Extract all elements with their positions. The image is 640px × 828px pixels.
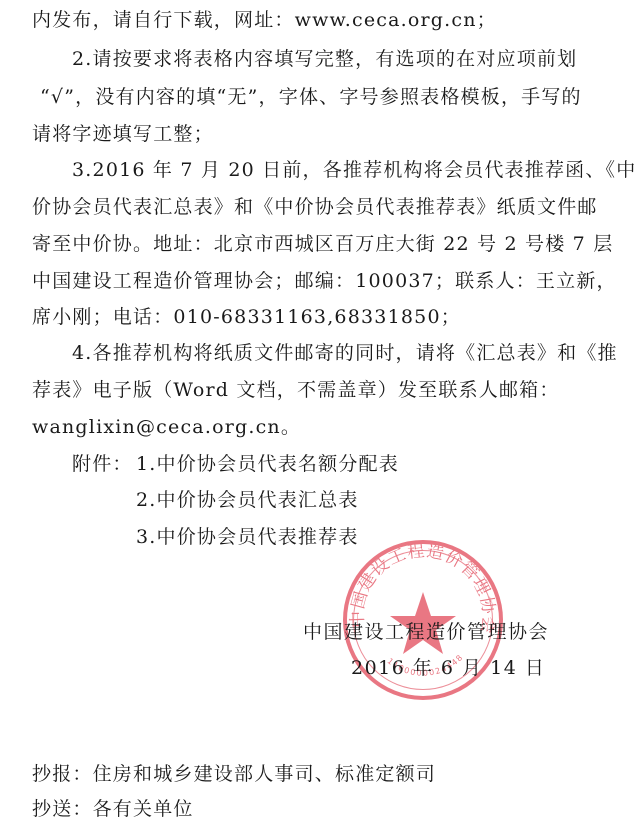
paragraph-line: 3.2016 年 7 月 20 日前，各推荐机构将会员代表推荐函、《中 (72, 158, 636, 182)
email-link: wanglixin@ceca.org.cn。 (32, 415, 301, 439)
paragraph-line: 寄至中价协。地址：北京市西城区百万庄大街 22 号 2 号楼 7 层 (32, 232, 613, 256)
signature-date: 2016 年 6 月 14 日 (351, 656, 545, 680)
paragraph-line: 请将字迹填写工整； (32, 122, 214, 146)
paragraph-line: 中国建设工程造价管理协会；邮编：100037；联系人：王立新， (32, 269, 617, 293)
paragraph-line: 席小刚；电话：010-68331163,68331850； (32, 305, 461, 329)
attachment-item: 3.中价协会员代表推荐表 (136, 525, 359, 549)
paragraph-line: 内发布，请自行下载，网址：www.ceca.org.cn； (32, 8, 497, 32)
attachment-item: 1.中价协会员代表名额分配表 (136, 452, 399, 476)
cc-send-to: 抄送：各有关单位 (32, 797, 194, 821)
cc-report-to: 抄报：住房和城乡建设部人事司、标准定额司 (32, 762, 436, 786)
signature-organization: 中国建设工程造价管理协会 (303, 620, 549, 644)
attachment-item: 2.中价协会员代表汇总表 (136, 488, 359, 512)
paragraph-line: 荐表》电子版（Word 文档，不需盖章）发至联系人邮箱： (32, 378, 560, 402)
paragraph-line: 4.各推荐机构将纸质文件邮寄的同时，请将《汇总表》和《推 (72, 341, 618, 365)
paragraph-line: 价协会员代表汇总表》和《中价协会员代表推荐表》纸质文件邮 (32, 195, 598, 219)
attachments-label: 附件： (72, 452, 133, 476)
paragraph-line: “√”，没有内容的填“无”，字体、字号参照表格模板，手写的 (40, 85, 582, 109)
paragraph-line: 2.请按要求将表格内容填写完整，有选项的在对应项前划 (72, 47, 577, 71)
